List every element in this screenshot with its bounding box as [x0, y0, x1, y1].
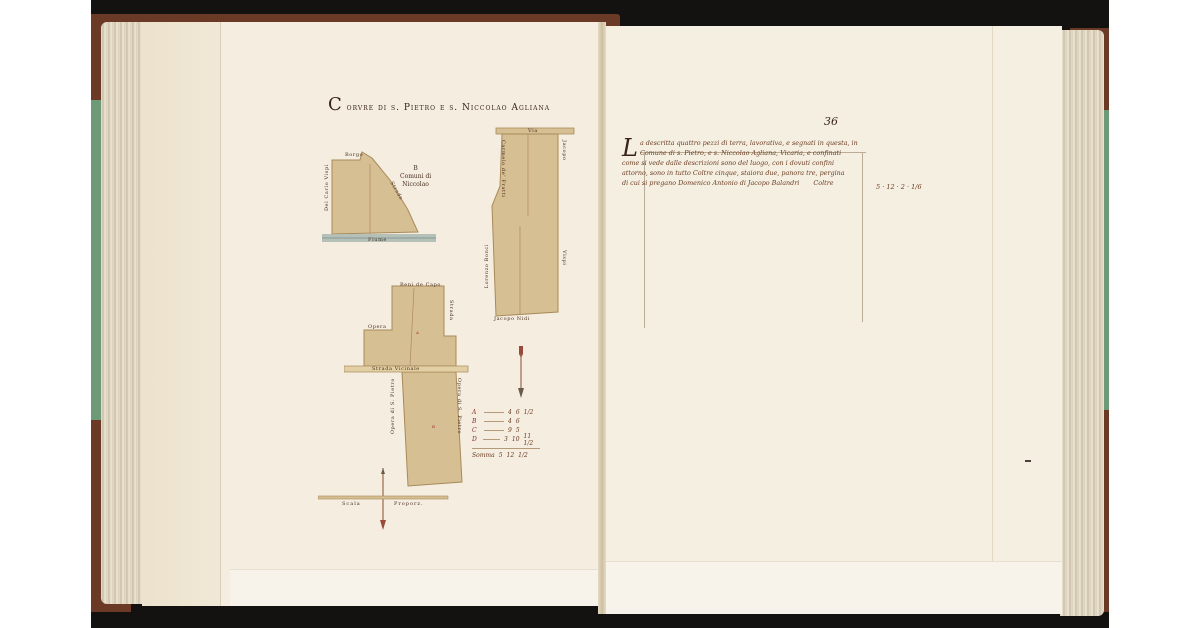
parcel-1-label-bottom: Fiume	[368, 237, 387, 243]
parcel-3: A	[344, 282, 472, 374]
side-note-letter: B	[400, 165, 431, 173]
legend-value: 4	[508, 409, 512, 416]
parcel-2-label-left-lower: Lorenzo Bonci	[484, 244, 490, 288]
legend-value: 10	[512, 436, 520, 443]
entry-line: Comune di s. Pietro, e s. Niccolao Aglia…	[622, 148, 872, 158]
page-edges-right	[1060, 30, 1104, 616]
entry-line: attorno, sono in tutto Coltre cinque, st…	[622, 168, 872, 178]
map-title: C orvre di s. Pietro e s. Niccolao Aglia…	[328, 94, 550, 115]
ink-mark	[1025, 460, 1031, 462]
parcel-1-label-top: Borgo	[345, 152, 363, 158]
folio-number: 36	[824, 115, 838, 128]
legend-value: 6	[516, 409, 520, 416]
map-title-text: orvre di s. Pietro e s. Niccolao Agliana	[347, 103, 550, 113]
legend-key: D	[472, 436, 479, 443]
parcel-4-letter: B	[432, 424, 435, 429]
legend-total-label: Somma	[472, 452, 495, 459]
legend-value: 9	[508, 427, 512, 434]
left-page-stub	[142, 22, 221, 606]
legend-value: 11 1/2	[524, 433, 540, 447]
entry-line: di cui si pregano Domenico Antonio di Ja…	[622, 178, 872, 188]
side-note-line-2: Niccolao	[400, 181, 431, 189]
parcel-2-label-top: Via	[528, 128, 538, 134]
map-title-initial: C	[328, 94, 343, 115]
entry-signature: Coltre	[813, 179, 833, 187]
cover-cloth-left	[91, 100, 101, 420]
parcel-2-label-right-upper: Jacopo	[561, 140, 567, 161]
description-entry: L a descritta quattro pezzi di terra, la…	[622, 138, 872, 188]
legend-value: 6	[516, 418, 520, 425]
map-scale: Scala Proporz.	[318, 468, 450, 538]
parcel-1-side-note: B Comuni di Niccolao	[400, 165, 431, 189]
legend-key: C	[472, 427, 480, 434]
legend-value: 4	[508, 418, 512, 425]
left-page-bottom-strip	[230, 569, 602, 606]
legend-row: B 4 6	[472, 417, 540, 426]
parcel-1-label-left: Del Carlo Vispi	[324, 164, 330, 211]
legend-total-value: 5	[499, 452, 503, 459]
scale-label-left: Scala	[342, 501, 361, 507]
entry-line: a descritta quattro pezzi di terra, lavo…	[622, 138, 872, 148]
area-legend-table: A 4 6 1/2 B 4 6 C 9 5 D 3 10 11 1/2 Somm…	[472, 408, 540, 476]
legend-row: D 3 10 11 1/2	[472, 435, 540, 444]
legend-key: A	[472, 409, 480, 416]
side-note-line-1: Comuni di	[400, 173, 431, 181]
legend-total-value: 1/2	[518, 452, 528, 459]
parcel-4-label-right: Opera di S. Pietro	[456, 378, 462, 434]
parcel-3-letter: A	[415, 330, 419, 335]
scale-label-right: Proporz.	[394, 501, 424, 507]
legend-key: B	[472, 418, 480, 425]
parcel-4-label-left: Opera di S. Pietro	[390, 378, 396, 434]
right-page-bottom-strip	[602, 561, 1062, 614]
parcel-3-label-right: Strada	[448, 300, 454, 321]
north-arrow-icon	[516, 346, 526, 402]
parcel-2-label-right-lower: Vispi	[561, 250, 567, 266]
parcel-3-label-left: Opera	[368, 324, 387, 330]
entry-total: 5 · 12 · 2 · 1/6	[876, 183, 922, 191]
legend-row: A 4 6 1/2	[472, 408, 540, 417]
parcel-2-label-left-upper: Carmelo de' Fratti	[500, 140, 506, 197]
entry-initial: L	[622, 138, 638, 158]
parcel-2-label-bottom: Jacopo Nidi	[494, 316, 530, 322]
legend-total-row: Somma 5 12 1/2	[472, 448, 540, 460]
right-page-fold	[992, 26, 993, 614]
parcel-3-label-top: Beni de Capo	[400, 282, 441, 288]
scale-bar-icon	[318, 468, 450, 538]
entry-line: come si vede dalle descrizioni sono del …	[622, 158, 872, 168]
book-gutter	[598, 22, 606, 614]
legend-value: 1/2	[524, 409, 534, 416]
legend-total-value: 12	[507, 452, 515, 459]
legend-value: 3	[504, 436, 508, 443]
legend-value: 5	[516, 427, 520, 434]
